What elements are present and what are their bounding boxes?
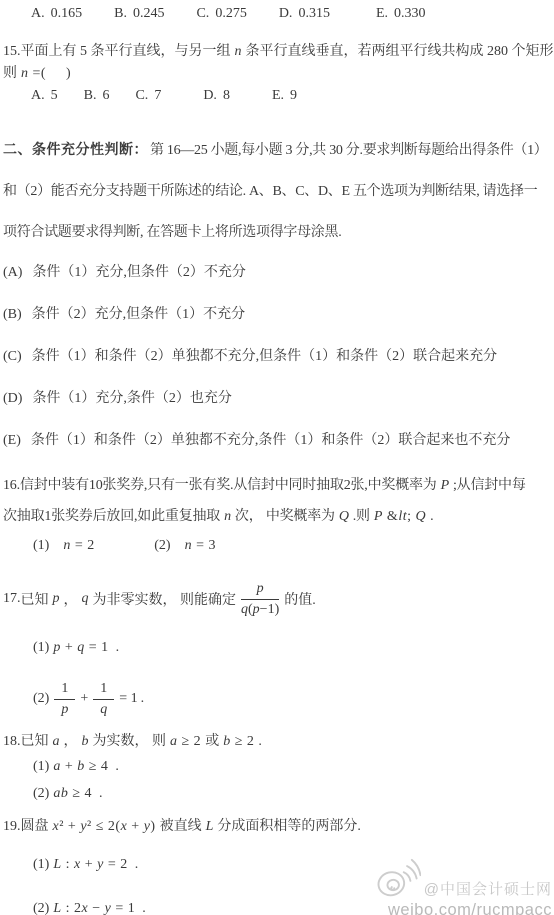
condition-label: (2) — [33, 687, 49, 711]
question-text: 次抽取1张奖券后放回,如此重复抽取 — [3, 509, 220, 524]
question-17-condition-2: (2)1p+1q= 1. — [33, 674, 552, 724]
section-title: 二、条件充分性判断： — [3, 143, 148, 158]
question-text: ;从信封中每 — [453, 478, 526, 493]
condition-2: (2)n = 3 — [154, 538, 220, 553]
question-16-line-1: 16.信封中装有10张奖券,只有一张有奖.从信封中同时抽取2张,中奖概率为P;从… — [3, 470, 552, 501]
choice-text: 条件（1）和条件（2）单独都不充分,条件（1）和条件（2）联合起来也不充分 — [31, 433, 511, 448]
condition-label: (1) — [33, 640, 49, 655]
question-text: 被直线 — [160, 819, 202, 834]
section-2-header: 二、条件充分性判断：第 16—25 小题,每小题 3 分,共 30 分.要求判断… — [3, 130, 552, 253]
question-text: 为实数， 则 — [93, 734, 167, 749]
option-letter: E. — [272, 88, 284, 103]
period: . — [135, 857, 139, 872]
answer-option: E.9 — [272, 85, 297, 106]
question-text: .则 — [353, 509, 370, 524]
option-letter: D. — [279, 6, 293, 21]
weibo-logo-icon — [375, 857, 421, 902]
math-expression: b ≥ 2 — [223, 734, 254, 749]
question-15-line-2: 则n =( ) — [3, 63, 552, 85]
judgment-key-item-e: (E)条件（1）和条件（2）单独都不充分,条件（1）和条件（2）联合起来也不充分 — [3, 428, 552, 454]
math-expression: x² + y² ≤ 2(x + y) — [53, 819, 156, 834]
question-number: 15. — [3, 44, 21, 59]
question-15-answer-row: A.5 B.6 C.7 D.8 E.9 — [31, 85, 552, 106]
choice-letter: (D) — [3, 391, 22, 406]
math-variable: L — [206, 819, 214, 834]
fraction-numerator: 1 — [54, 680, 75, 700]
math-variable: P — [441, 478, 449, 493]
condition-1: (1)n = 2 — [33, 538, 99, 553]
math-variable: a — [53, 734, 60, 749]
question-text: 信封中装有10张奖券,只有一张有奖.从信封中同时抽取2张,中奖概率为 — [20, 478, 437, 493]
question-text: ， — [64, 734, 78, 749]
question-16: 16.信封中装有10张奖券,只有一张有奖.从信封中同时抽取2张,中奖概率为P;从… — [3, 470, 552, 532]
choice-text: 条件（1）充分,条件（2）也充分 — [32, 391, 232, 406]
math-expression: L : x + y = 2 — [53, 857, 127, 872]
option-value: 8 — [223, 88, 230, 103]
math-expression: n = 3 — [185, 538, 216, 553]
question-16-conditions: (1)n = 2 (2)n = 3 — [33, 534, 552, 558]
question-text: 圆盘 — [21, 819, 49, 834]
option-value: 0.245 — [133, 6, 165, 21]
math-expression: P &lt; Q — [374, 509, 426, 524]
period: . — [116, 640, 120, 655]
fraction-denominator: q(p−1) — [241, 600, 279, 619]
option-value: 6 — [102, 88, 109, 103]
answer-option: E.0.330 — [376, 3, 426, 24]
choice-letter: (E) — [3, 433, 21, 448]
math-variable: Q — [339, 509, 349, 524]
choice-text: 条件（1）和条件（2）单独都不充分,但条件（1）和条件（2）联合起来充分 — [32, 349, 498, 364]
judgment-key-list: (A)条件（1）充分,但条件（2）不充分 (B)条件（2）充分,但条件（1）不充… — [3, 260, 552, 454]
math-expression: ab ≥ 4 — [53, 786, 92, 801]
math-variable: b — [82, 734, 89, 749]
question-number: 16. — [3, 478, 20, 493]
condition-label: (1) — [33, 857, 49, 872]
option-value: 0.315 — [298, 6, 330, 21]
watermark-url-text: weibo.com/rucmpacc — [375, 901, 552, 915]
question-14-answer-row: A.0.165 B.0.245 C.0.275 D.0.315 E.0.330 — [31, 3, 552, 24]
option-letter: B. — [84, 88, 97, 103]
equals-one: = 1 — [119, 687, 137, 711]
option-letter: C. — [135, 88, 148, 103]
question-18-condition-2: (2)ab ≥ 4. — [33, 782, 552, 806]
option-value: 9 — [290, 88, 297, 103]
answer-option: C.7 — [135, 85, 161, 106]
period: . — [258, 734, 262, 749]
question-text: 为非零实数， 则能确定 — [93, 589, 237, 609]
period: . — [115, 759, 119, 774]
answer-option: A.5 — [31, 85, 58, 106]
math-variable: q — [82, 591, 89, 607]
option-letter: D. — [203, 88, 217, 103]
condition-label: (2) — [33, 901, 49, 915]
option-value: 5 — [51, 88, 58, 103]
answer-option: D.0.315 — [279, 3, 330, 24]
option-value: 0.165 — [51, 6, 83, 21]
option-value: 0.275 — [215, 6, 247, 21]
question-16-line-2: 次抽取1张奖券后放回,如此重复抽取n次， 中奖概率为Q.则P &lt; Q. — [3, 501, 552, 532]
math-expression: L : 2x − y = 1 — [53, 901, 135, 915]
condition-label: (2) — [33, 786, 49, 801]
question-text: 已知 — [21, 589, 49, 609]
option-letter: A. — [31, 88, 45, 103]
question-17: 17.已知p，q为非零实数， 则能确定pq(p−1)的值. — [3, 573, 552, 625]
question-text: 的值. — [284, 589, 316, 609]
question-text: 分成面积相等的两部分. — [217, 819, 361, 834]
question-text: 条平行直线垂直，若两组平行线共构成 280 个矩形， — [246, 44, 554, 59]
question-18: 18.已知a，b为实数， 则a ≥ 2或b ≥ 2. — [3, 730, 552, 754]
answer-option: D.8 — [203, 85, 230, 106]
fraction-numerator: p — [241, 580, 279, 600]
math-expression: p + q = 1 — [53, 640, 108, 655]
math-variable: p — [53, 591, 60, 607]
question-17-condition-1: (1)p + q = 1. — [33, 636, 552, 660]
question-19: 19.圆盘x² + y² ≤ 2(x + y)被直线L分成面积相等的两部分. — [3, 814, 552, 839]
fraction: 1p — [54, 680, 75, 718]
question-text: 平面上有 5 条平行直线，与另一组 — [21, 44, 231, 59]
judgment-key-item-d: (D)条件（1）充分,条件（2）也充分 — [3, 386, 552, 412]
period: . — [141, 687, 145, 711]
watermark-handle-text: @中国会计硕士网 — [424, 882, 552, 903]
exam-page: A.0.165 B.0.245 C.0.275 D.0.315 E.0.330 … — [0, 0, 554, 915]
option-value: 7 — [154, 88, 161, 103]
answer-option: C.0.275 — [196, 3, 246, 24]
section-intro-line: 和（2）能否充分支持题干所陈述的结论. A、B、C、D、E 五个选项为判断结果,… — [3, 171, 552, 212]
question-number: 19. — [3, 819, 21, 834]
question-number: 17. — [3, 591, 21, 607]
question-15: 15.平面上有 5 条平行直线，与另一组n条平行直线垂直，若两组平行线共构成 2… — [3, 41, 552, 85]
option-letter: E. — [376, 6, 388, 21]
section-intro-line: 项符合试题要求得判断, 在答题卡上将所选项得字母涂黑. — [3, 212, 552, 253]
option-letter: B. — [114, 6, 127, 21]
fraction-denominator: p — [54, 700, 75, 719]
condition-label: (2) — [154, 538, 170, 553]
math-expression: n =( ) — [21, 66, 71, 81]
math-expression: a + b ≥ 4 — [53, 759, 108, 774]
weibo-watermark: @中国会计硕士网 weibo.com/rucmpacc — [375, 857, 552, 915]
plus-sign: + — [80, 687, 88, 711]
watermark-handle-row: @中国会计硕士网 — [375, 857, 552, 902]
answer-option: A.0.165 — [31, 3, 82, 24]
question-text: 或 — [205, 734, 219, 749]
condition-label: (1) — [33, 538, 49, 553]
fraction: 1q — [93, 680, 114, 718]
math-variable: n — [224, 509, 231, 524]
math-expression: n = 2 — [63, 538, 94, 553]
fraction: pq(p−1) — [241, 580, 279, 618]
choice-text: 条件（1）充分,但条件（2）不充分 — [32, 265, 246, 280]
judgment-key-item-a: (A)条件（1）充分,但条件（2）不充分 — [3, 260, 552, 286]
question-number: 18. — [3, 734, 21, 749]
question-text: 次， 中奖概率为 — [235, 509, 335, 524]
choice-text: 条件（2）充分,但条件（1）不充分 — [32, 307, 246, 322]
question-18-condition-1: (1)a + b ≥ 4. — [33, 755, 552, 779]
choice-letter: (C) — [3, 349, 22, 364]
option-letter: C. — [196, 6, 209, 21]
choice-letter: (B) — [3, 307, 22, 322]
option-value: 0.330 — [394, 6, 426, 21]
option-letter: A. — [31, 6, 45, 21]
fraction-denominator: q — [93, 700, 114, 719]
question-15-line-1: 15.平面上有 5 条平行直线，与另一组n条平行直线垂直，若两组平行线共构成 2… — [3, 41, 552, 63]
answer-option: B.0.245 — [114, 3, 164, 24]
period: . — [99, 786, 103, 801]
question-text: . — [430, 509, 433, 524]
fraction-numerator: 1 — [93, 680, 114, 700]
judgment-key-item-b: (B)条件（2）充分,但条件（1）不充分 — [3, 302, 552, 328]
section-intro-line: 二、条件充分性判断：第 16—25 小题,每小题 3 分,共 30 分.要求判断… — [3, 130, 552, 171]
judgment-key-item-c: (C)条件（1）和条件（2）单独都不充分,但条件（1）和条件（2）联合起来充分 — [3, 344, 552, 370]
section-intro-text: 第 16—25 小题,每小题 3 分,共 30 分.要求判断每题给出得条件（1） — [150, 143, 548, 158]
question-text: 已知 — [21, 734, 49, 749]
math-expression: a ≥ 2 — [170, 734, 201, 749]
choice-letter: (A) — [3, 265, 22, 280]
period: . — [142, 901, 146, 915]
math-variable: n — [235, 44, 242, 59]
answer-option: B.6 — [84, 85, 110, 106]
condition-label: (1) — [33, 759, 49, 774]
question-text: 则 — [3, 66, 17, 81]
question-text: ， — [64, 589, 78, 609]
